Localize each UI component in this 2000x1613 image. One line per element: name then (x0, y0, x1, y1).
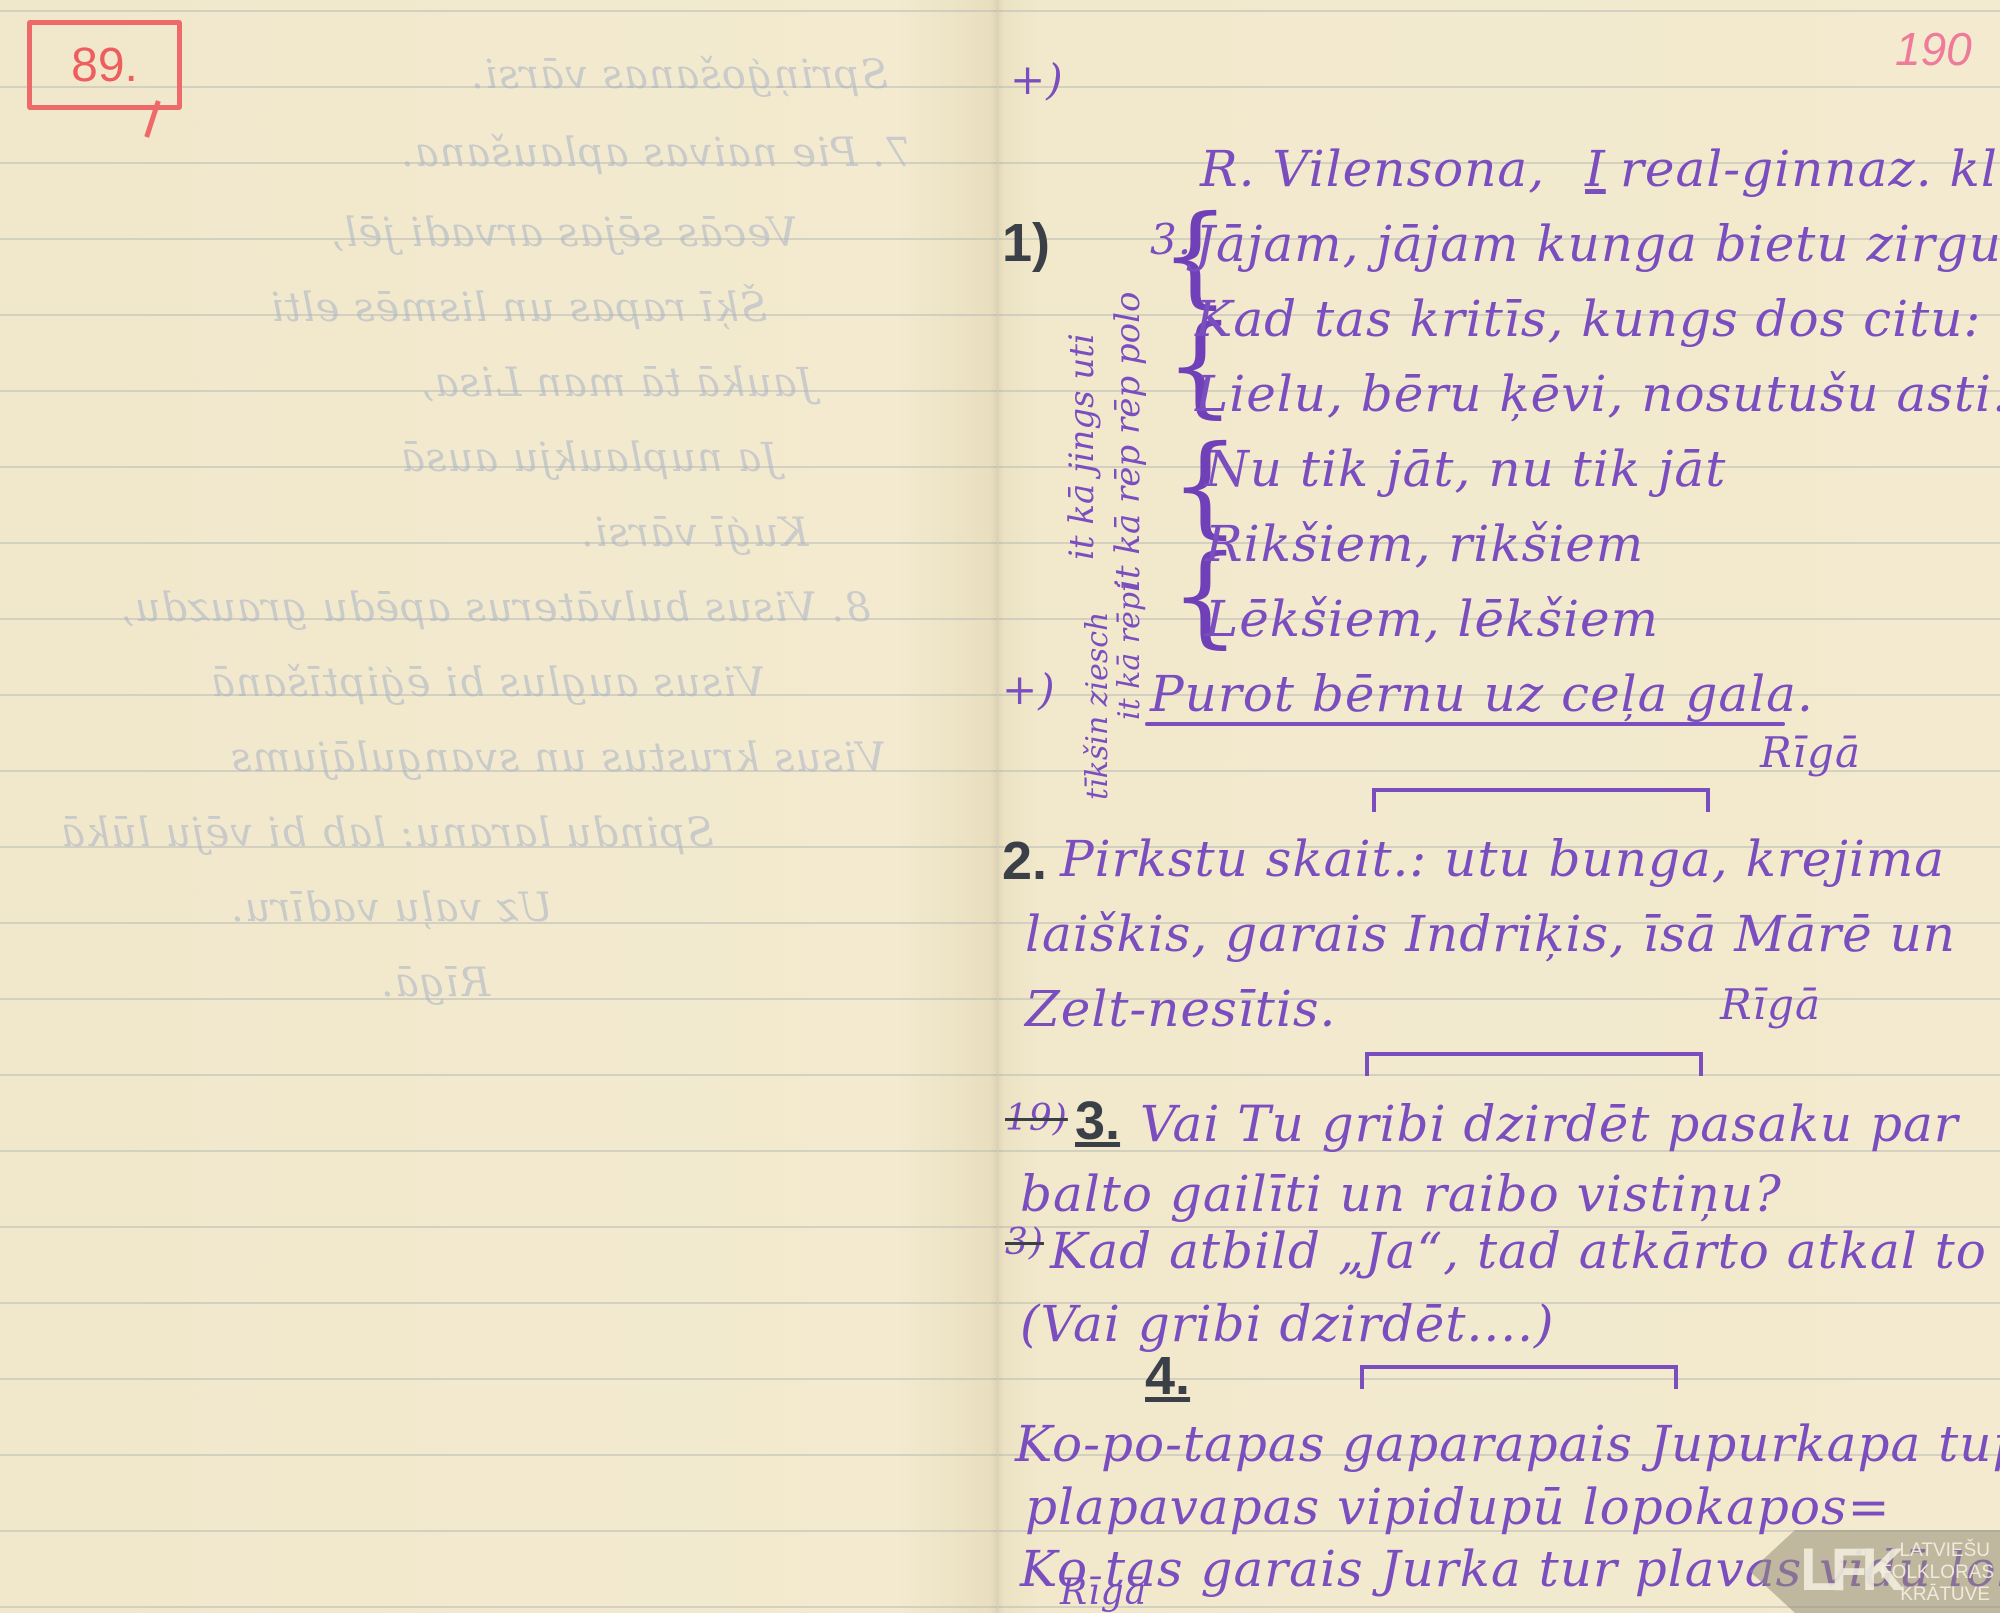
page-number: 89. (71, 38, 138, 93)
entry-4-bracket (1360, 1365, 1678, 1389)
header-marker: +) (1010, 55, 1064, 104)
ghost-line: Kuģī vārsi. (580, 510, 808, 556)
ghost-line: 8. Visus bulvāterus apēdu grauzdu, (120, 585, 871, 631)
ghost-line: Spindu laranu: lab bi vēju lūkā (60, 810, 714, 856)
school-class: real-ginnaz. kl. (1620, 140, 2000, 198)
ghost-line: Ja nuplaukju ausā (400, 435, 778, 481)
entry-2-place: Rīgā (1720, 980, 1821, 1029)
entry-1-number: 1) (1002, 212, 1050, 274)
ghost-line: Vecās sējas arvadi jēl, (330, 210, 797, 256)
entry-2-number: 2. (1002, 830, 1047, 892)
entry-2-line: laiškis, garais Indriķis, īsā Mārē un (1025, 905, 1956, 963)
closing-underline (1145, 722, 1785, 726)
entry-1-line: Lēkšiem, lēkšiem (1205, 590, 1659, 648)
entry-1-line: Kad tas kritīs, kungs dos citu: (1195, 290, 1981, 348)
entry-1-prefix: 3. (1150, 215, 1192, 264)
entry-3-line: Kad atbild „Ja“, tad atkārto atkal to pa… (1050, 1222, 2000, 1280)
entry-3-line: balto gailīti un raibo vistiņu? (1020, 1165, 1782, 1223)
entry-4-place: Rīgā (1060, 1572, 1147, 1613)
ghost-line: Uz vaļu vadīru. (230, 885, 553, 931)
ghost-line: Visus krustus un svangulājums (230, 735, 886, 781)
entry-1-line: Lielu, bēru ķēvi, nosutušu asti. (1195, 365, 2000, 423)
entry-4-line: Ko-po-tapas gaparapais Jupurkapa tupur (1015, 1415, 2000, 1473)
entry-1-line: Jājam, jājam kunga bietu zirgu, (1195, 215, 2000, 273)
margin-note-3: it kā rēpi (1112, 582, 1147, 720)
margin-note-2: it kā rēp rēp polo (1108, 292, 1148, 591)
entry-1-line: Nu tik jāt, nu tik jāt (1205, 440, 1726, 498)
author-name: R. Vilensona, (1200, 140, 1545, 198)
ghost-line: Visus auglus bi ēģiptīšanā (210, 660, 765, 706)
ghost-line: Rīgā. (380, 960, 490, 1006)
entry-3-line: Vai Tu gribi dzirdēt pasaku par (1140, 1095, 1959, 1153)
ghost-line: Spriņģošanas vārsi. (470, 52, 888, 98)
manuscript-spread: 89. Spriņģošanas vārsi. 7. Pie naivas ap… (0, 0, 2000, 1613)
archive-name: LATVIEŠU FOLKLORAS KRĀTUVE (1880, 1540, 1990, 1606)
margin-note-1: it kā jings uti (1062, 333, 1102, 560)
ghost-line: Šķī rapas un lismēs elti (270, 285, 767, 331)
margin-line (997, 0, 998, 1613)
entry-3-struck-number: 19) (1005, 1098, 1068, 1139)
class-numeral: I (1585, 140, 1606, 198)
entry-3-line: (Vai gribi dzirdēt....) (1020, 1295, 1555, 1353)
entry-1-closing-marker: +) (1002, 665, 1056, 714)
entry-3-bracket (1365, 1052, 1703, 1076)
entry-1-closing: Purot bērnu uz ceļa gala. (1150, 665, 1814, 723)
entry-1-place: Rīgā (1760, 728, 1861, 777)
entry-2-line: Zelt-nesītis. (1025, 980, 1336, 1038)
ghost-line: 7. Pie naivas aplaušana. (400, 130, 912, 176)
page-number-stamp: 89. (27, 20, 182, 110)
entry-2-bracket (1372, 788, 1710, 812)
margin-note-4: tīkšin ziesch (1080, 612, 1115, 800)
ghost-line: Jaukā tā man Lisa, (420, 360, 814, 406)
entry-4-line: plapavapas vipidupū lopokapos= (1025, 1478, 1891, 1536)
entry-2-line: Pirkstu skait.: utu bunga, krejima (1060, 830, 1945, 888)
entry-4-number: 4. (1145, 1345, 1190, 1407)
folio-number: 190 (1895, 22, 1972, 76)
entry-3-struck-sub: 3) (1005, 1222, 1044, 1263)
entry-1-line: Rikšiem, rikšiem (1205, 515, 1644, 573)
entry-3-number: 3. (1075, 1090, 1120, 1152)
